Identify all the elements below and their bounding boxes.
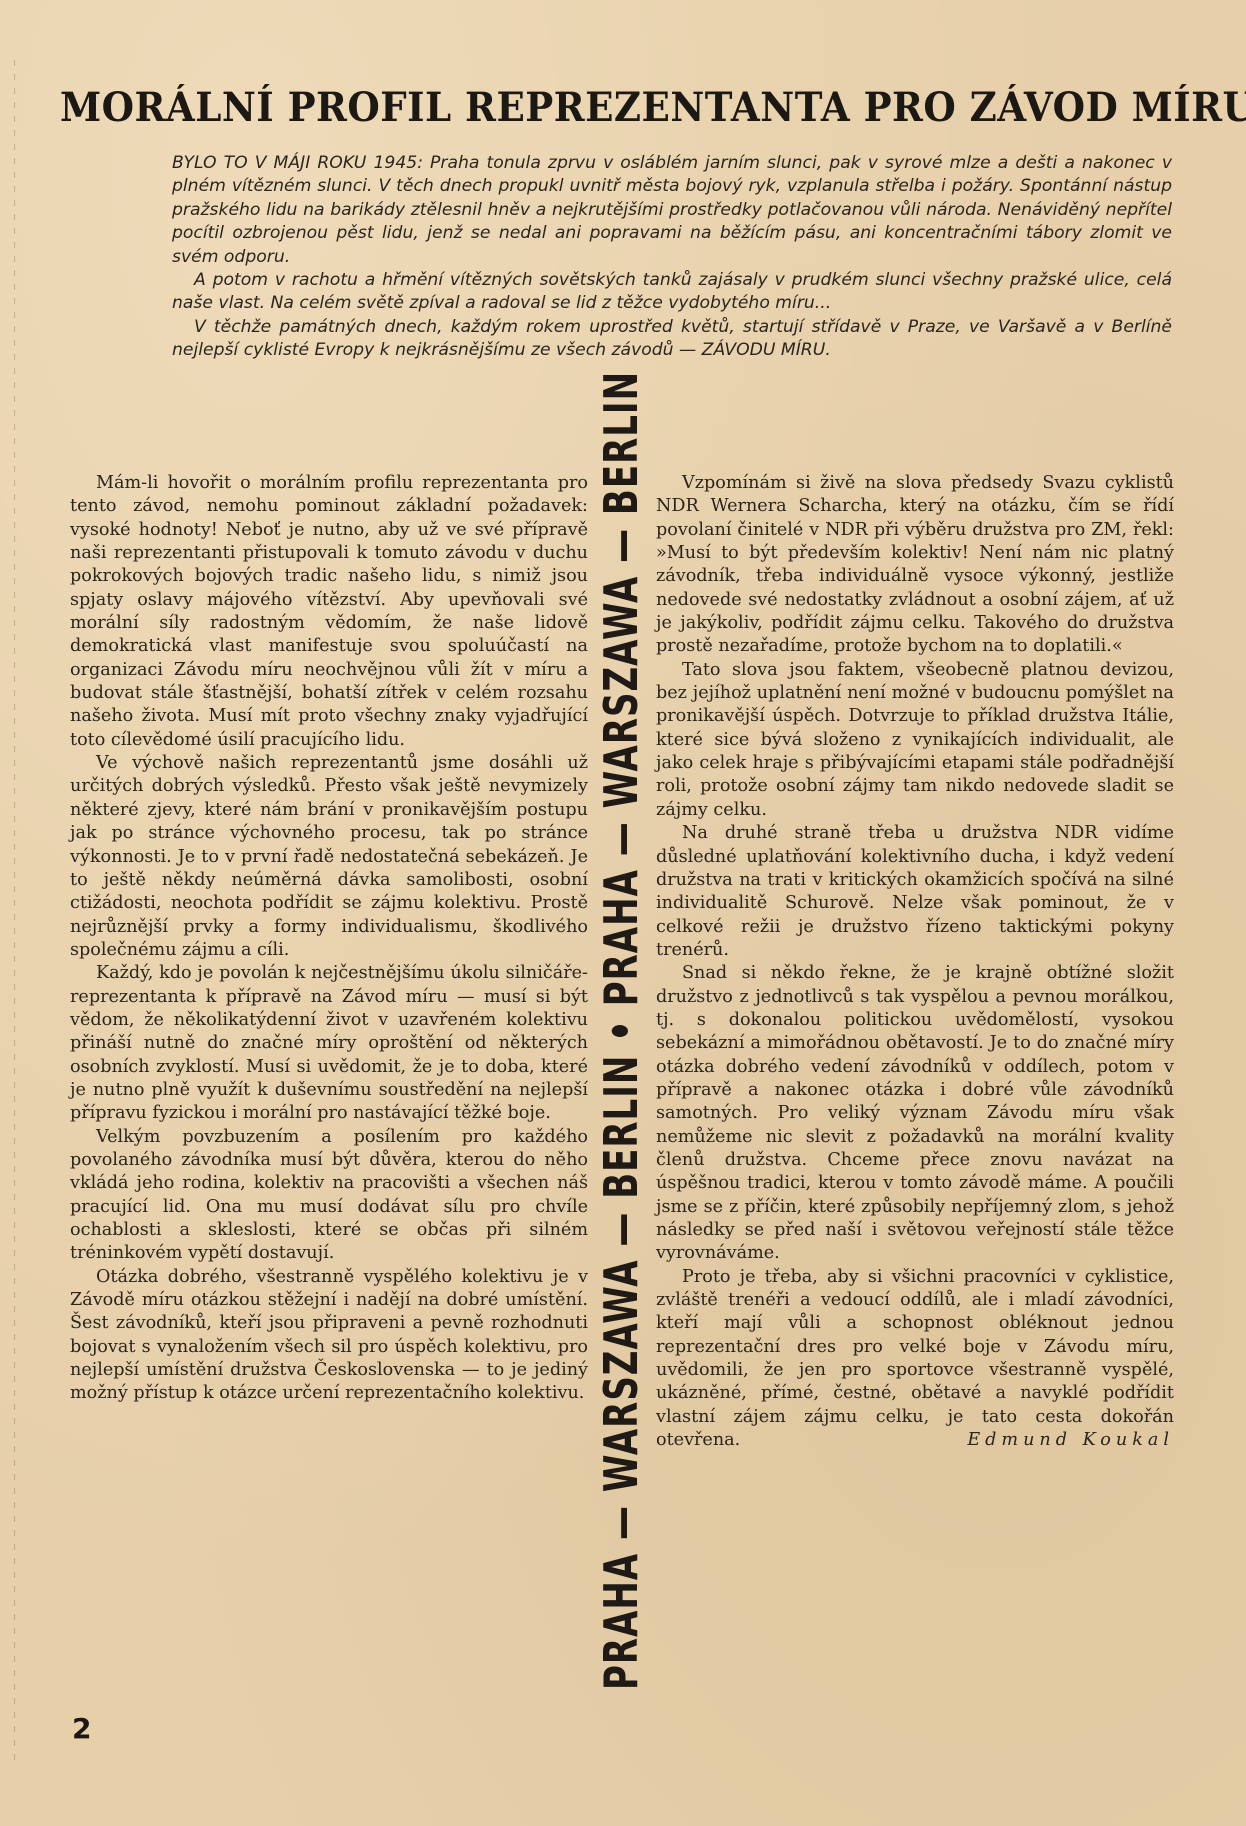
body-paragraph: Velkým povzbuzením a posílením pro každé… <box>70 1126 588 1266</box>
left-column: Mám-li hovořit o morálním profilu reprez… <box>70 472 588 1406</box>
body-paragraph: Každý, kdo je povolán k nejčestnějšímu ú… <box>70 962 588 1125</box>
lead-paragraph: A potom v rachotu a hřmění vítězných sov… <box>172 269 1172 316</box>
lead-paragraph: V těchže památných dnech, každým rokem u… <box>172 316 1172 363</box>
body-paragraph: Proto je třeba, aby si všichni pracovníc… <box>656 1266 1174 1453</box>
article-title: MORÁLNÍ PROFIL REPREZENTANTA PRO ZÁVOD M… <box>60 82 1102 134</box>
body-paragraph: Snad si někdo řekne, že je krajně obtížn… <box>656 962 1174 1265</box>
body-paragraph: Ve výchově našich reprezentantů jsme dos… <box>70 752 588 962</box>
right-column: Vzpomínám si živě na slova předsedy Svaz… <box>656 472 1174 1452</box>
vertical-route-banner: PRAHA — WARSZAWA — BERLIN • PRAHA — WARS… <box>598 470 646 1690</box>
lead-paragraph: BYLO TO V MÁJI ROKU 1945: Praha tonula z… <box>172 152 1172 269</box>
magazine-page: MORÁLNÍ PROFIL REPREZENTANTA PRO ZÁVOD M… <box>0 0 1246 1826</box>
author-signature: Edmund Koukal <box>941 1429 1174 1452</box>
body-paragraph: Na druhé straně třeba u družstva NDR vid… <box>656 822 1174 962</box>
route-banner-label: PRAHA — WARSZAWA — BERLIN • PRAHA — WARS… <box>595 371 649 1690</box>
page-edge-mark <box>14 60 15 1760</box>
body-paragraph: Vzpomínám si živě na slova předsedy Svaz… <box>656 472 1174 659</box>
body-paragraph: Mám-li hovořit o morálním profilu reprez… <box>70 472 588 752</box>
body-paragraph: Otázka dobrého, všestranně vyspělého kol… <box>70 1266 588 1406</box>
body-paragraph: Tato slova jsou faktem, všeobecně platno… <box>656 659 1174 822</box>
page-number: 2 <box>72 1712 91 1745</box>
article-lead: BYLO TO V MÁJI ROKU 1945: Praha tonula z… <box>172 152 1172 363</box>
closing-paragraph-text: Proto je třeba, aby si všichni pracovníc… <box>656 1267 1174 1450</box>
route-banner-text: PRAHA — WARSZAWA — BERLIN • PRAHA — WARS… <box>602 470 642 1690</box>
